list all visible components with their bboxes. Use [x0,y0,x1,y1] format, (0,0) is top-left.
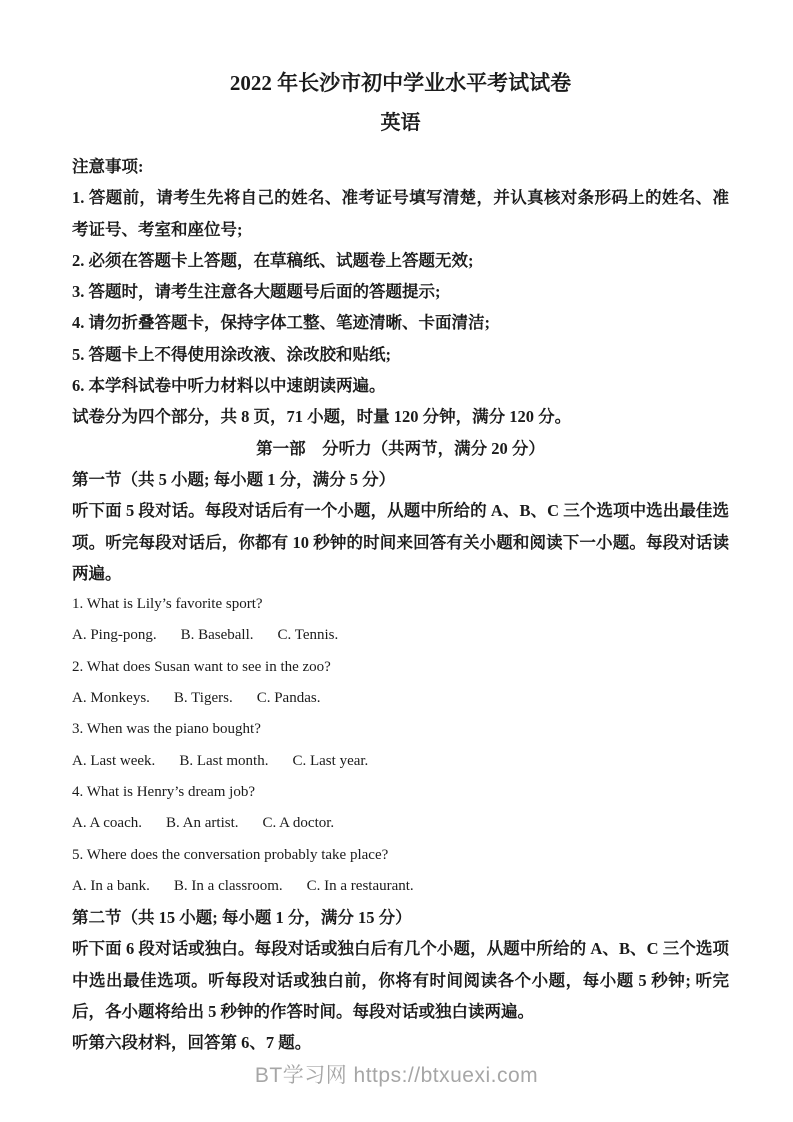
question-2-option-a: A. Monkeys. [72,683,150,714]
question-1-option-b: B. Baseball. [181,620,254,651]
question-3-text: 3. When was the piano bought? [72,714,729,745]
question-1-option-c: C. Tennis. [278,620,339,651]
notice-item-3: 3. 答题时，请考生注意各大题题号后面的答题提示; [72,276,729,307]
section2-instructions: 听下面 6 段对话或独白。每段对话或独白后有几个小题，从题中所给的 A、B、C … [72,933,729,1027]
paper-info: 试卷分为四个部分，共 8 页，71 小题，时量 120 分钟，满分 120 分。 [72,401,729,432]
notice-item-6: 6. 本学科试卷中听力材料以中速朗读两遍。 [72,370,729,401]
question-5-text: 5. Where does the conversation probably … [72,840,729,871]
question-3-options: A. Last week. B. Last month. C. Last yea… [72,746,729,777]
question-1-text: 1. What is Lily’s favorite sport? [72,589,729,620]
watermark: BT学习网 https://btxuexi.com [0,1060,793,1092]
notice-item-2: 2. 必须在答题卡上答题，在草稿纸、试题卷上答题无效; [72,245,729,276]
question-4-option-b: B. An artist. [166,808,239,839]
section2-material-note: 听第六段材料，回答第 6、7 题。 [72,1027,729,1058]
notice-item-5: 5. 答题卡上不得使用涂改液、涂改胶和贴纸; [72,339,729,370]
exam-paper-page: 2022 年长沙市初中学业水平考试试卷 英语 注意事项: 1. 答题前，请考生先… [0,0,793,1122]
section1-heading: 第一节（共 5 小题; 每小题 1 分，满分 5 分） [72,464,729,495]
question-5-option-b: B. In a classroom. [174,871,283,902]
question-4-option-c: C. A doctor. [263,808,335,839]
question-4-option-a: A. A coach. [72,808,142,839]
question-3-option-c: C. Last year. [292,746,368,777]
part1-heading: 第一部 分听力（共两节，满分 20 分） [72,433,729,464]
question-4-options: A. A coach. B. An artist. C. A doctor. [72,808,729,839]
paper-title: 2022 年长沙市初中学业水平考试试卷 [72,70,729,96]
question-5-option-c: C. In a restaurant. [307,871,414,902]
notice-item-4: 4. 请勿折叠答题卡，保持字体工整、笔迹清晰、卡面清洁; [72,307,729,338]
paper-subject: 英语 [72,110,729,136]
question-2-options: A. Monkeys. B. Tigers. C. Pandas. [72,683,729,714]
question-2-option-c: C. Pandas. [257,683,321,714]
question-1-option-a: A. Ping-pong. [72,620,157,651]
question-2-text: 2. What does Susan want to see in the zo… [72,652,729,683]
question-5-options: A. In a bank. B. In a classroom. C. In a… [72,871,729,902]
question-4-text: 4. What is Henry’s dream job? [72,777,729,808]
section2-heading: 第二节（共 15 小题; 每小题 1 分，满分 15 分） [72,902,729,933]
question-2-option-b: B. Tigers. [174,683,233,714]
section1-instructions: 听下面 5 段对话。每段对话后有一个小题，从题中所给的 A、B、C 三个选项中选… [72,495,729,589]
notice-heading: 注意事项: [72,151,729,182]
question-3-option-a: A. Last week. [72,746,155,777]
notice-item-1: 1. 答题前，请考生先将自己的姓名、准考证号填写清楚，并认真核对条形码上的姓名、… [72,182,729,245]
question-5-option-a: A. In a bank. [72,871,150,902]
question-3-option-b: B. Last month. [179,746,268,777]
question-1-options: A. Ping-pong. B. Baseball. C. Tennis. [72,620,729,651]
